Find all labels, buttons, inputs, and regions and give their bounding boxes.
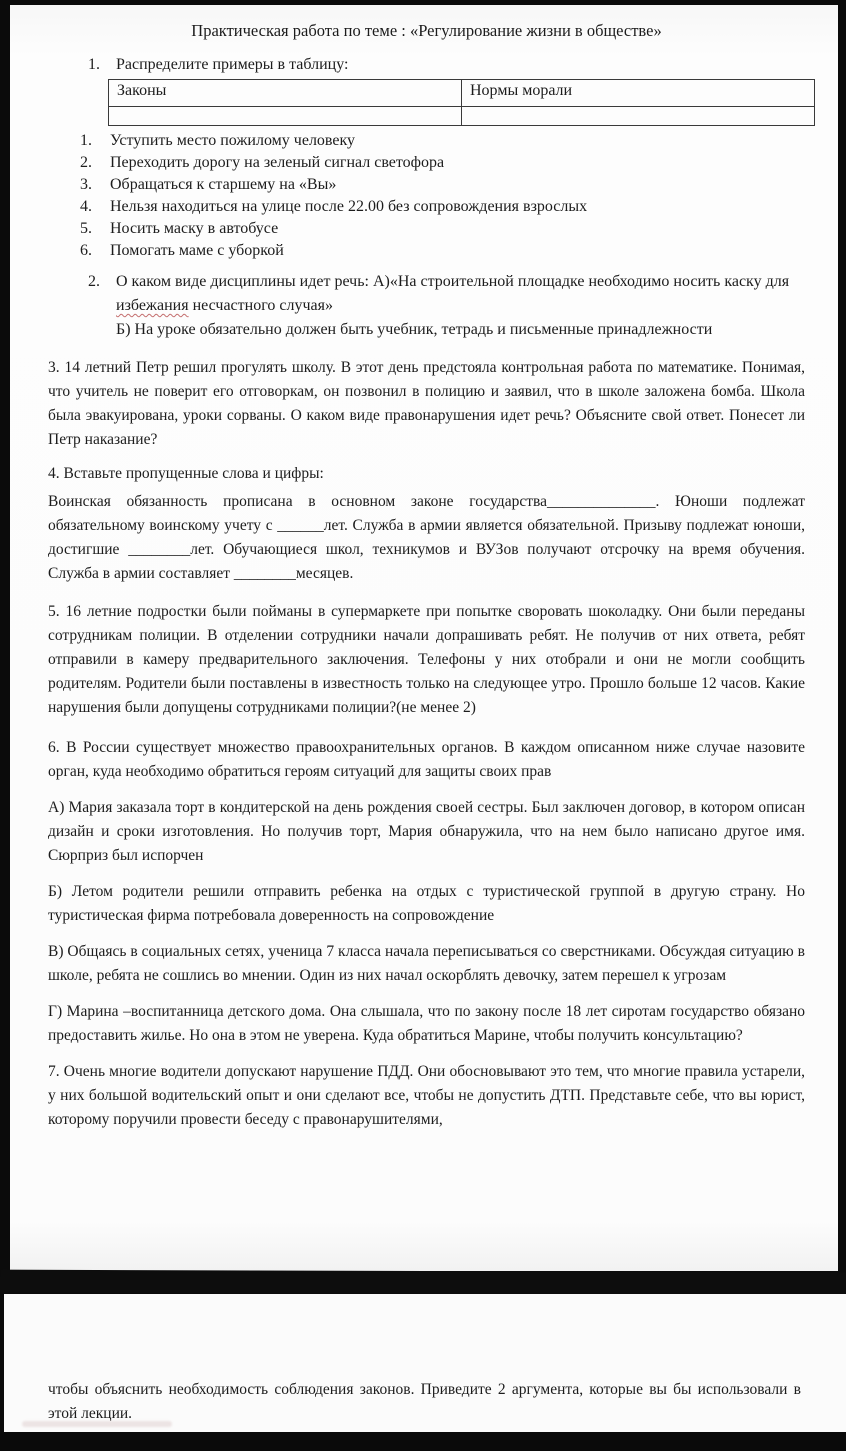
example-number: 6. bbox=[80, 240, 110, 262]
table-empty-row bbox=[109, 107, 815, 126]
task5-paragraph: 5. 16 летние подростки были пойманы в су… bbox=[48, 600, 805, 720]
task6-case-b: Б) Летом родители решили отправить ребен… bbox=[48, 880, 805, 928]
task4-heading: 4. Вставьте пропущенные слова и цифры: bbox=[48, 462, 805, 486]
scan-separator-band bbox=[0, 1270, 846, 1296]
task4-paragraph: Воинская обязанность прописана в основно… bbox=[48, 490, 805, 586]
task1-row: 1. Распределите примеры в таблицу: bbox=[48, 55, 805, 75]
examples-table: Законы Нормы морали bbox=[108, 79, 815, 126]
example-text: Носить маску в автобусе bbox=[110, 218, 278, 240]
example-number: 4. bbox=[80, 196, 110, 218]
task6-case-a: А) Мария заказала торт в кондитерской на… bbox=[48, 796, 805, 868]
example-number: 2. bbox=[80, 152, 110, 174]
task1-prompt: Распределите примеры в таблицу: bbox=[116, 55, 348, 75]
example-item: 6. Помогать маме с уборкой bbox=[48, 240, 805, 262]
task7-continuation: чтобы объяснить необходимость соблюдения… bbox=[48, 1378, 801, 1426]
misspelled-word: избежания bbox=[116, 297, 189, 314]
examples-list: 1. Уступить место пожилому человеку 2. П… bbox=[48, 130, 805, 262]
example-item: 5. Носить маску в автобусе bbox=[48, 218, 805, 240]
example-item: 3. Обращаться к старшему на «Вы» bbox=[48, 174, 805, 196]
task2-line3: Б) На уроке обязательно должен быть учеб… bbox=[116, 321, 712, 338]
example-text: Помогать маме с уборкой bbox=[110, 240, 284, 262]
example-item: 4. Нельзя находиться на улице после 22.0… bbox=[48, 196, 805, 218]
table-empty-cell-morals bbox=[462, 107, 815, 126]
task7-paragraph: 7. Очень многие водители допускают наруш… bbox=[48, 1060, 805, 1132]
task2-number: 2. bbox=[88, 270, 116, 342]
example-number: 3. bbox=[80, 174, 110, 196]
document-page-top: Практическая работа по теме : «Регулиров… bbox=[10, 5, 838, 1271]
task2-text: О каком виде дисциплины идет речь: А)«На… bbox=[116, 270, 796, 342]
document-page-bottom: чтобы объяснить необходимость соблюдения… bbox=[4, 1294, 846, 1432]
task2-line1: О каком виде дисциплины идет речь: А)«На… bbox=[116, 273, 720, 290]
example-item: 2. Переходить дорогу на зеленый сигнал с… bbox=[48, 152, 805, 174]
table-header-laws: Законы bbox=[109, 80, 462, 107]
task2-line2-prefix: каску для bbox=[724, 273, 789, 290]
task2-line2-suffix: несчастного случая» bbox=[189, 297, 333, 314]
table-empty-cell-laws bbox=[109, 107, 462, 126]
document-title: Практическая работа по теме : «Регулиров… bbox=[48, 21, 805, 41]
example-number: 1. bbox=[80, 130, 110, 152]
scan-border-bottom bbox=[0, 1432, 846, 1451]
task2-block: 2. О каком виде дисциплины идет речь: А)… bbox=[48, 270, 805, 342]
table-header-morals: Нормы морали bbox=[462, 80, 815, 107]
task3-paragraph: 3. 14 летний Петр решил прогулять школу.… bbox=[48, 356, 805, 452]
example-number: 5. bbox=[80, 218, 110, 240]
example-text: Нельзя находиться на улице после 22.00 б… bbox=[110, 196, 587, 218]
example-text: Переходить дорогу на зеленый сигнал свет… bbox=[110, 152, 444, 174]
task6-case-g: Г) Марина –воспитанница детского дома. О… bbox=[48, 1000, 805, 1048]
table-header-row: Законы Нормы морали bbox=[109, 80, 815, 107]
example-text: Уступить место пожилому человеку bbox=[110, 130, 355, 152]
example-text: Обращаться к старшему на «Вы» bbox=[110, 174, 336, 196]
task1-number: 1. bbox=[88, 55, 116, 75]
task6-intro: 6. В России существует множество правоох… bbox=[48, 736, 805, 784]
task6-case-v: В) Общаясь в социальных сетях, ученица 7… bbox=[48, 940, 805, 988]
example-item: 1. Уступить место пожилому человеку bbox=[48, 130, 805, 152]
scan-watermark-smudge bbox=[22, 1421, 172, 1427]
